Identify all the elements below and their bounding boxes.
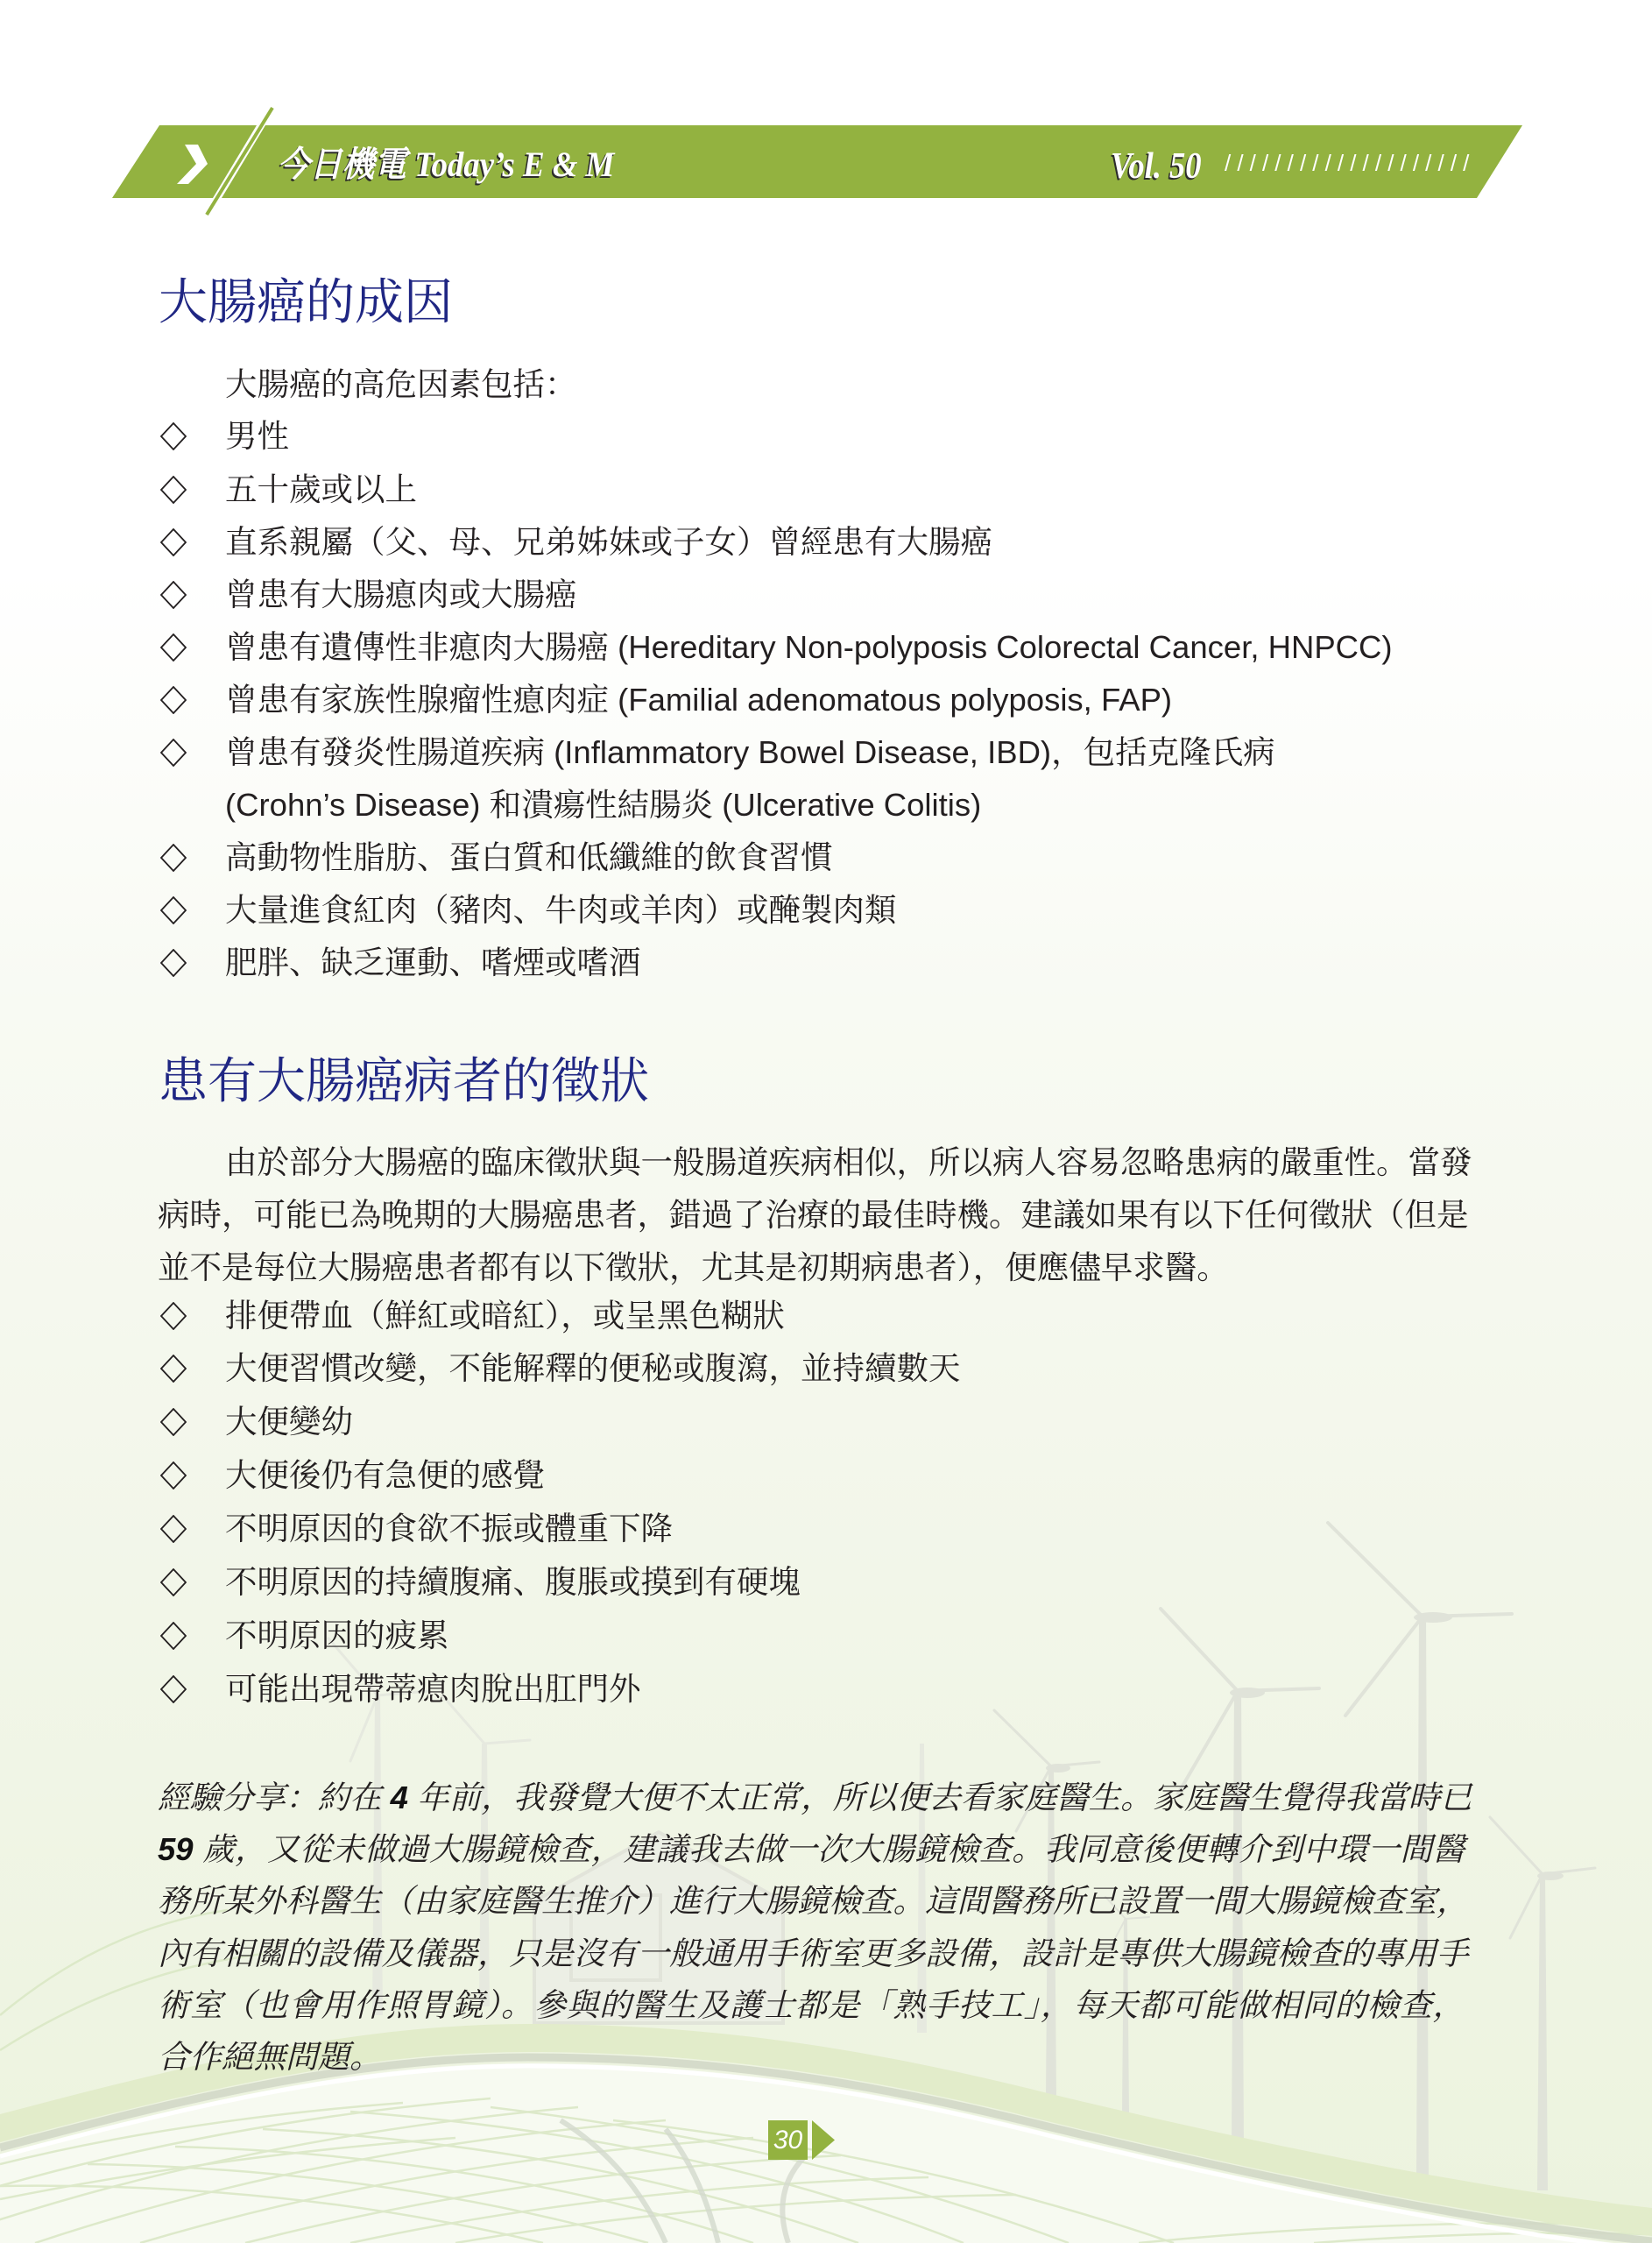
diamond-bullet-icon xyxy=(160,476,187,504)
list-item-text: 曾患有大腸瘜肉或大腸癌 xyxy=(225,569,577,621)
list-item-text: 大便習慣改變，不能解釋的便秘或腹瀉，並持續數天 xyxy=(225,1342,961,1395)
list-item: 大量進食紅肉（豬肉、牛肉或羊肉）或醃製肉類 xyxy=(0,884,1652,937)
diamond-bullet-icon xyxy=(160,686,187,714)
list-item: 不明原因的持續腹痛、腹脹或摸到有硬塊 xyxy=(0,1556,1652,1609)
list-item: 曾患有遺傳性非瘜肉大腸癌 (Hereditary Non-polyposis C… xyxy=(0,621,1652,674)
list-item: 不明原因的疲累 xyxy=(0,1610,1652,1662)
diamond-bullet-icon xyxy=(160,1355,187,1383)
diamond-bullet-icon xyxy=(160,581,187,609)
list-item-text: 曾患有家族性腺瘤性瘜肉症 (Familial adenomatous polyp… xyxy=(225,674,1172,726)
experience-line: 務所某外科醫生（由家庭醫生推介）進行大腸鏡檢查。這間醫務所已設置一間大腸鏡檢查室… xyxy=(158,1875,1465,1928)
section-heading-symptoms: 患有大腸癌病者的徵狀 xyxy=(159,1054,649,1110)
list-item: 不明原因的食欲不振或體重下降 xyxy=(0,1503,1652,1555)
list-item: 高動物性脂肪、蛋白質和低纖維的飲食習慣 xyxy=(0,831,1652,884)
list-item-text: 不明原因的持續腹痛、腹脹或摸到有硬塊 xyxy=(225,1556,801,1609)
diamond-bullet-icon xyxy=(160,633,187,662)
experience-line: 經驗分享：約在 4 年前，我發覺大便不太正常，所以便去看家庭醫生。家庭醫生覺得我… xyxy=(158,1772,1465,1824)
list-item: 肥胖、缺乏運動、嗜煙或嗜酒 xyxy=(0,937,1652,989)
list-item-text: 大量進食紅肉（豬肉、牛肉或羊肉）或醃製肉類 xyxy=(225,884,897,937)
experience-text: 年前，我發覺大便不太正常，所以便去看家庭醫生。家庭醫生覺得我當時已 xyxy=(408,1780,1472,1815)
list-item: 可能出現帶蒂瘜肉脫出肛門外 xyxy=(0,1663,1652,1716)
list-item-text: 五十歲或以上 xyxy=(225,463,417,516)
diamond-bullet-icon xyxy=(160,1302,187,1330)
experience-line: 術室（也會用作照胃鏡）。參與的醫生及護士都是「熟手技工」，每天都可能做相同的檢查… xyxy=(158,1979,1465,2032)
paragraph-line: 病時，可能已為晚期的大腸癌患者，錯過了治療的最佳時機。建議如果有以下任何徵狀（但… xyxy=(158,1189,1465,1242)
triangle-right-icon xyxy=(811,2120,836,2160)
list-item: 直系親屬（父、母、兄弟姊妹或子女）曾經患有大腸癌 xyxy=(0,516,1652,569)
diamond-bullet-icon xyxy=(160,1408,187,1436)
diamond-bullet-icon xyxy=(160,844,187,872)
list-item-text: 男性 xyxy=(225,410,289,463)
list-item: 男性 xyxy=(0,410,1652,463)
diamond-bullet-icon xyxy=(160,949,187,977)
diamond-bullet-icon xyxy=(160,739,187,767)
list-item-text: 高動物性脂肪、蛋白質和低纖維的飲食習慣 xyxy=(225,831,833,884)
list-item-text: 曾患有發炎性腸道疾病 (Inflammatory Bowel Disease, … xyxy=(225,726,1275,779)
list-item: 曾患有發炎性腸道疾病 (Inflammatory Bowel Disease, … xyxy=(0,726,1652,779)
experience-number: 59 xyxy=(158,1831,194,1867)
section-intro: 大腸癌的高危因素包括： xyxy=(225,358,577,411)
list-item-text: 直系親屬（父、母、兄弟姊妹或子女）曾經患有大腸癌 xyxy=(225,516,992,569)
diamond-bullet-icon xyxy=(160,422,187,450)
experience-line: 合作絕無問題。 xyxy=(158,2031,382,2084)
volume-label: Vol. 50 xyxy=(1111,144,1202,189)
diamond-bullet-icon xyxy=(160,896,187,924)
paragraph-line: 由於部分大腸癌的臨床徵狀與一般腸道疾病相似，所以病人容易忽略患病的嚴重性。當發 xyxy=(225,1136,1465,1189)
list-item: 五十歲或以上 xyxy=(0,463,1652,516)
list-item-text: 可能出現帶蒂瘜肉脫出肛門外 xyxy=(225,1663,641,1716)
diamond-bullet-icon xyxy=(160,1675,187,1703)
header-band xyxy=(0,0,1652,228)
experience-text: 經驗分享：約在 xyxy=(158,1780,391,1815)
publication-title: 今日機電 Today’s E & M xyxy=(278,142,614,188)
decorative-slashes: //////////////////// xyxy=(1225,150,1475,176)
diamond-bullet-icon xyxy=(160,1568,187,1596)
list-item-continuation: (Crohn’s Disease) 和潰瘍性結腸炎 (Ulcerative Co… xyxy=(225,779,981,831)
list-item: 曾患有大腸瘜肉或大腸癌 xyxy=(0,569,1652,621)
list-item: 排便帶血（鮮紅或暗紅），或呈黑色糊狀 xyxy=(0,1290,1652,1342)
list-item-text: 大便變幼 xyxy=(225,1396,353,1448)
list-item-text: 不明原因的食欲不振或體重下降 xyxy=(225,1503,673,1555)
diamond-bullet-icon xyxy=(160,1461,187,1489)
page-number: 30 xyxy=(768,2120,808,2160)
section-heading-causes: 大腸癌的成因 xyxy=(159,275,453,331)
experience-number: 4 xyxy=(391,1780,408,1815)
diamond-bullet-icon xyxy=(160,1622,187,1650)
header-banner: 今日機電 Today’s E & M Vol. 50 /////////////… xyxy=(0,0,1652,228)
list-item: 大便習慣改變，不能解釋的便秘或腹瀉，並持續數天 xyxy=(0,1342,1652,1395)
list-item-text: 肥胖、缺乏運動、嗜煙或嗜酒 xyxy=(225,937,641,989)
experience-text: 歲，又從未做過大腸鏡檢查，建議我去做一次大腸鏡檢查。我同意後便轉介到中環一間醫 xyxy=(194,1831,1465,1867)
experience-line: 內有相關的設備及儀器，只是沒有一般通用手術室更多設備，設計是專供大腸鏡檢查的專用… xyxy=(158,1928,1465,1980)
diamond-bullet-icon xyxy=(160,528,187,556)
list-item: 大便後仍有急便的感覺 xyxy=(0,1449,1652,1502)
list-item-text: 排便帶血（鮮紅或暗紅），或呈黑色糊狀 xyxy=(225,1290,785,1342)
list-item: 大便變幼 xyxy=(0,1396,1652,1448)
experience-line: 59 歲，又從未做過大腸鏡檢查，建議我去做一次大腸鏡檢查。我同意後便轉介到中環一… xyxy=(158,1823,1465,1876)
list-item-text: 大便後仍有急便的感覺 xyxy=(225,1449,545,1502)
list-item: 曾患有家族性腺瘤性瘜肉症 (Familial adenomatous polyp… xyxy=(0,674,1652,726)
list-item-text: 不明原因的疲累 xyxy=(225,1610,449,1662)
paragraph-line: 並不是每位大腸癌患者都有以下徵狀，尤其是初期病患者），便應儘早求醫。 xyxy=(158,1242,1229,1294)
list-item-text: 曾患有遺傳性非瘜肉大腸癌 (Hereditary Non-polyposis C… xyxy=(225,621,1393,674)
diamond-bullet-icon xyxy=(160,1515,187,1543)
